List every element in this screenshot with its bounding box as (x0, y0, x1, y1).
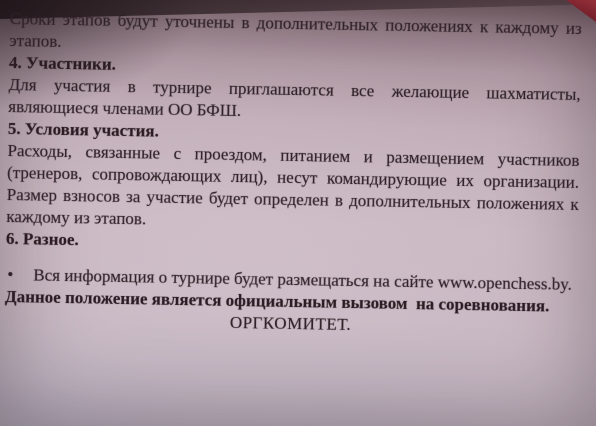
section-5-paragraph: Расходы, связанные с проездом, питанием … (6, 140, 579, 238)
bullet-icon: • (5, 264, 33, 286)
photo-background: Сроки этапов будут уточнены в дополнител… (0, 0, 596, 426)
document-page: Сроки этапов будут уточнены в дополнител… (4, 8, 582, 340)
